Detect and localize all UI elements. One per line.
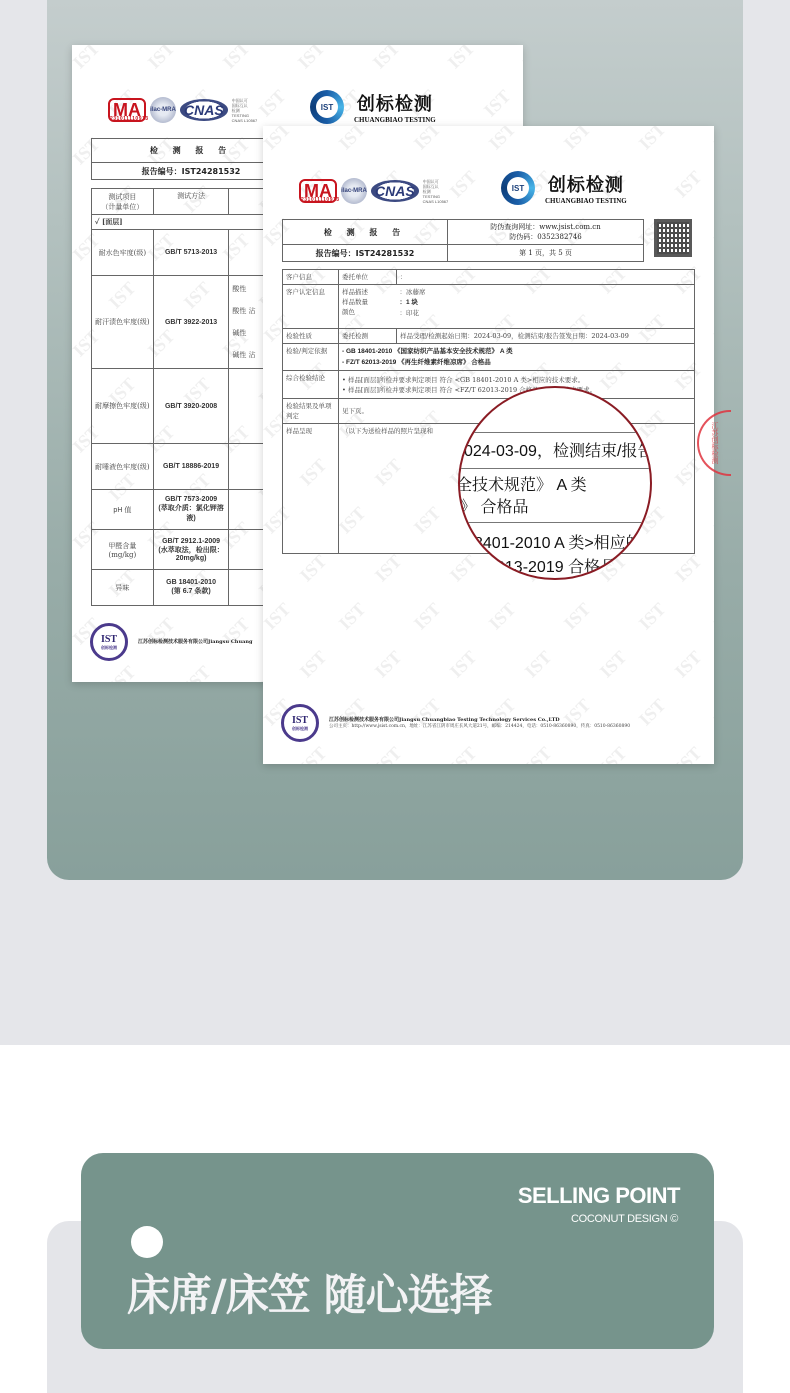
item-name: 异味 [92, 570, 154, 606]
ist-seal-icon: IST创标检测 [281, 704, 319, 742]
row-label: 检验/判定依据 [283, 344, 339, 371]
item-name: pH 值 [92, 490, 154, 530]
item-name: 耐唾液色牢度(级) [92, 444, 154, 490]
magnifier-lens: 024-03-09，检测结束/报告 全技术规范》 A 类 》 合格品 8401-… [458, 386, 652, 580]
item-method: GB/T 7573-2009 (萃取介质：氯化钾溶液) [153, 490, 229, 530]
page-indicator: 第 1 页，共 5 页 [448, 245, 644, 262]
item-method: GB 18401-2010 (第 6.7 条款) [153, 570, 229, 606]
ilac-mra-logo: ilac-MRA [150, 97, 176, 123]
ist-seal-icon: IST创标检测 [90, 623, 128, 661]
report-title: 检 测 报 告 [92, 139, 291, 163]
selling-point-card: SELLING POINT COCONUT DESIGN © 床席/床笠 随心选… [81, 1153, 714, 1349]
selling-point-subtitle: COCONUT DESIGN © [571, 1213, 678, 1225]
chuangbiao-logo: IST 创标检测CHUANGBIAO TESTING [501, 171, 627, 205]
qr-code-icon [654, 219, 692, 257]
accreditation-logos: MA231011110913 ilac-MRA CNAS 中国认可国际互认检测T… [108, 97, 258, 123]
item-method: GB/T 3920-2008 [153, 369, 229, 444]
report-footer: IST创标检测 江苏创标检测技术服务有限公司Jiangsu Chuangbiao… [281, 704, 689, 742]
row-label: 客户认定信息 [283, 285, 339, 329]
item-name: 耐摩擦色牢度(级) [92, 369, 154, 444]
anti-fake-info: 防伪查询网址：www.jsist.com.cn防伪码：0352382746 [448, 220, 644, 245]
row-label: 检验性质 [283, 329, 339, 344]
col-header-item: 测试项目 （计量单位） [92, 189, 154, 215]
cma-logo: MA231011110913 [299, 179, 337, 203]
brand-name-cn: 创标检测 [545, 171, 627, 197]
item-name: 耐汗渍色牢度(级) [92, 276, 154, 369]
test-items-table: 测试项目 （计量单位）测试方法 ✓ [面层] 耐水色牢度(级)GB/T 5713… [91, 188, 291, 606]
item-method: GB/T 5713-2013 [153, 230, 229, 276]
cnas-caption: 中国认可国际互认检测TESTINGCNAS L10567 [232, 98, 258, 123]
zoomed-text: 8401-2010 A 类>相应的 [474, 530, 642, 553]
brand-name-cn: 创标检测 [354, 90, 436, 116]
brand-name-en: CHUANGBIAO TESTING [354, 116, 436, 124]
report-header-table: 检 测 报 告 防伪查询网址：www.jsist.com.cn防伪码：03523… [282, 219, 644, 262]
cnas-caption: 中国认可国际互认检测TESTINGCNAS L10567 [423, 179, 449, 204]
selling-point-title: SELLING POINT [518, 1183, 680, 1209]
row-label: 客户信息 [283, 270, 339, 285]
test-dates: 样品受理/检测起始日期：2024-03-09，检测结束/报告签发日期：2024-… [397, 329, 695, 344]
ist-brand-icon: IST [310, 90, 344, 124]
zoomed-text: 024-03-09，检测结束/报告 [464, 438, 652, 461]
row-label: 检验结果及单项判定 [283, 399, 339, 424]
ilac-mra-logo: ilac-MRA [341, 178, 367, 204]
dot-icon [131, 1226, 163, 1258]
report-title: 检 测 报 告 [283, 220, 448, 245]
chuangbiao-logo: IST 创标检测CHUANGBIAO TESTING [310, 90, 436, 124]
section-label: ✓ [面层] [92, 215, 291, 230]
accreditation-logos: MA231011110913 ilac-MRA CNAS 中国认可国际互认检测T… [299, 178, 449, 204]
item-method: GB/T 18886-2019 [153, 444, 229, 490]
zoomed-text: 》 合格品 [460, 494, 528, 517]
cnas-logo: CNAS [180, 99, 228, 121]
col-header-method: 测试方法 [153, 189, 229, 215]
report-header-table: 检 测 报 告 报告编号：IST24281532 [91, 138, 291, 180]
cma-logo: MA231011110913 [108, 98, 146, 122]
report-number: 报告编号：IST24281532 [92, 163, 291, 180]
zoomed-text: 013-2019 合格品 [496, 554, 616, 577]
row-label: 样品呈现 [283, 424, 339, 554]
zoomed-text: 全技术规范》 A 类 [458, 472, 587, 495]
ist-brand-icon: IST [501, 171, 535, 205]
item-name: 耐水色牢度(级) [92, 230, 154, 276]
row-label: 综合检验结论 [283, 371, 339, 399]
brand-name-en: CHUANGBIAO TESTING [545, 197, 627, 205]
item-method: GB/T 3922-2013 [153, 276, 229, 369]
cnas-logo: CNAS [371, 180, 419, 202]
item-name: 甲醛含量 (mg/kg) [92, 530, 154, 570]
item-method: GB/T 2912.1-2009 (水萃取法，检出限：20mg/kg) [153, 530, 229, 570]
test-standards: - GB 18401-2010 《国家纺织产品基本安全技术规范》 A 类- FZ… [339, 344, 695, 371]
headline: 床席/床笠 随心选择 [127, 1262, 492, 1323]
report-number: 报告编号：IST24281532 [283, 245, 448, 262]
